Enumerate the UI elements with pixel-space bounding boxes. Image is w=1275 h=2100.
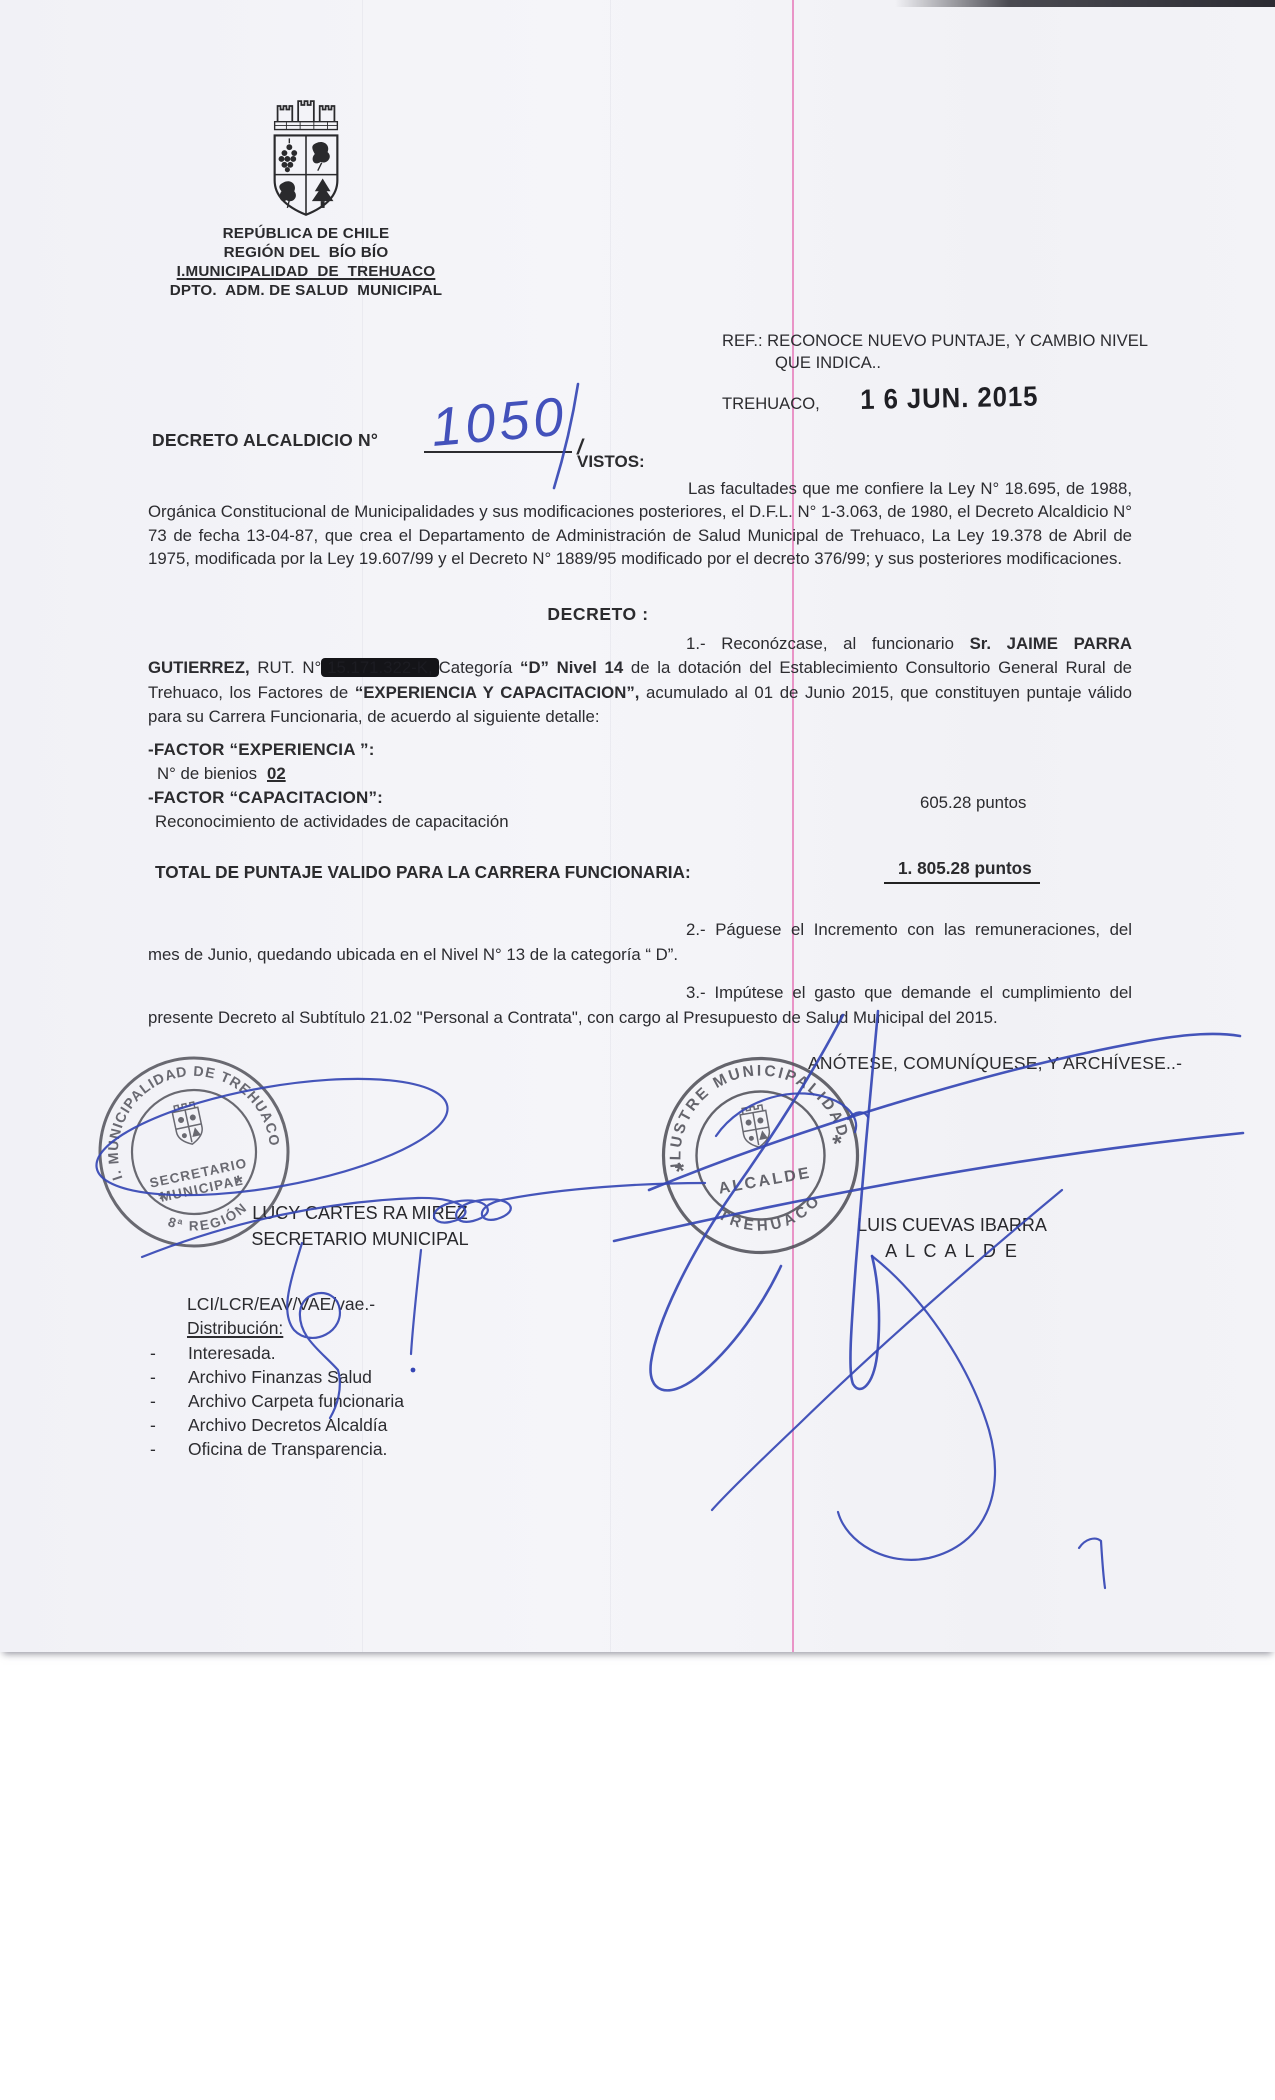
scanner-edge-artifact	[895, 0, 1275, 7]
distribution-label: Distribución:	[187, 1317, 283, 1340]
svg-text:ILUSTRE MUNICIPALIDAD: ILUSTRE MUNICIPALIDAD	[653, 1048, 852, 1170]
reference-line2: QUE INDICA..	[775, 352, 1202, 374]
vistos-label: VISTOS:	[577, 452, 645, 472]
secretary-signature-block: LUCY CARTES RA MIREZ SECRETARIO MUNICIPA…	[228, 1200, 492, 1252]
letterhead-country: REPÚBLICA DE CHILE	[148, 224, 464, 243]
bienios-value: 02	[267, 764, 286, 783]
factor-experience-label: -FACTOR “EXPERIENCIA ”:	[148, 740, 375, 760]
svg-text:TREHUACO: TREHUACO	[713, 1189, 829, 1244]
article-1-paragraph: 1.- Reconózcase, al funcionario Sr. JAIM…	[148, 632, 1132, 729]
letterhead-department: DPTO. ADM. DE SALUD MUNICIPAL	[148, 281, 464, 300]
capacitacion-detail: Reconocimiento de actividades de capacit…	[155, 812, 509, 832]
article-3-paragraph: 3.- Impútese el gasto que demande el cum…	[148, 981, 1132, 1030]
stamp-ring-top-text: ILUSTRE MUNICIPALIDAD	[653, 1048, 852, 1170]
letterhead-municipality: I.MUNICIPALIDAD DE TREHUACO	[148, 262, 464, 281]
reference-line1: REF.: RECONOCE NUEVO PUNTAJE, Y CAMBIO N…	[722, 330, 1202, 352]
secretary-title: SECRETARIO MUNICIPAL	[228, 1226, 492, 1252]
decree-number-label: DECRETO ALCALDICIO N°	[152, 430, 378, 451]
letterhead: REPÚBLICA DE CHILE REGIÓN DEL BÍO BÍO I.…	[148, 92, 464, 300]
list-item: -Archivo Carpeta funcionaria	[187, 1390, 404, 1413]
article-2-paragraph: 2.- Páguese el Incremento con las remune…	[148, 918, 1132, 967]
mayor-name: LUIS CUEVAS IBARRA	[843, 1212, 1061, 1238]
vistos-paragraph: Las facultades que me confiere la Ley N°…	[148, 477, 1132, 571]
scan-streak	[610, 0, 611, 1652]
list-item: -Interesada.	[187, 1342, 404, 1365]
decreto-heading: DECRETO :	[148, 604, 1048, 625]
mayor-title: A L C A L D E	[843, 1238, 1061, 1264]
closing-line: ANÓTESE, COMUNÍQUESE, Y ARCHÍVESE..-	[808, 1053, 1182, 1074]
coat-of-arms	[257, 92, 355, 220]
footer-block: LCI/LCR/EAV/VAE/vae.- Distribución: -Int…	[187, 1293, 404, 1461]
date-stamp: 1 6 JUN. 2015	[860, 381, 1039, 416]
list-item: -Oficina de Transparencia.	[187, 1438, 404, 1461]
list-item: -Archivo Decretos Alcaldía	[187, 1414, 404, 1437]
place-line: TREHUACO,	[722, 394, 820, 414]
bienios-label: N° de bienios	[157, 764, 257, 783]
bienios-line: N° de bienios02	[157, 764, 286, 784]
mayor-signature-block: LUIS CUEVAS IBARRA A L C A L D E	[843, 1212, 1061, 1264]
stamp-center-label: ALCALDE	[717, 1165, 812, 1198]
letterhead-region: REGIÓN DEL BÍO BÍO	[148, 243, 464, 262]
responsibility-initials: LCI/LCR/EAV/VAE/vae.-	[187, 1293, 404, 1316]
list-item: -Archivo Finanzas Salud	[187, 1366, 404, 1389]
factor-capacitacion-label: -FACTOR “CAPACITACION”:	[148, 788, 383, 808]
stamp-ring-bottom-text: TREHUACO	[713, 1189, 829, 1244]
stamp-shield-icon	[739, 1104, 772, 1149]
total-points-value: 1. 805.28 puntos	[884, 858, 1040, 884]
total-label: TOTAL DE PUNTAJE VALIDO PARA LA CARRERA …	[155, 862, 691, 883]
capacitacion-points: 605.28 puntos	[920, 793, 1026, 813]
scanned-document-page: REPÚBLICA DE CHILE REGIÓN DEL BÍO BÍO I.…	[0, 0, 1275, 2100]
decree-number-underline	[424, 434, 572, 453]
stamp-shield-icon	[171, 1101, 205, 1147]
star-icon: *	[673, 1157, 688, 1185]
reference-block: REF.: RECONOCE NUEVO PUNTAJE, Y CAMBIO N…	[722, 330, 1202, 374]
secretary-name: LUCY CARTES RA MIREZ	[228, 1200, 492, 1226]
scan-pink-line-artifact	[792, 0, 794, 1652]
